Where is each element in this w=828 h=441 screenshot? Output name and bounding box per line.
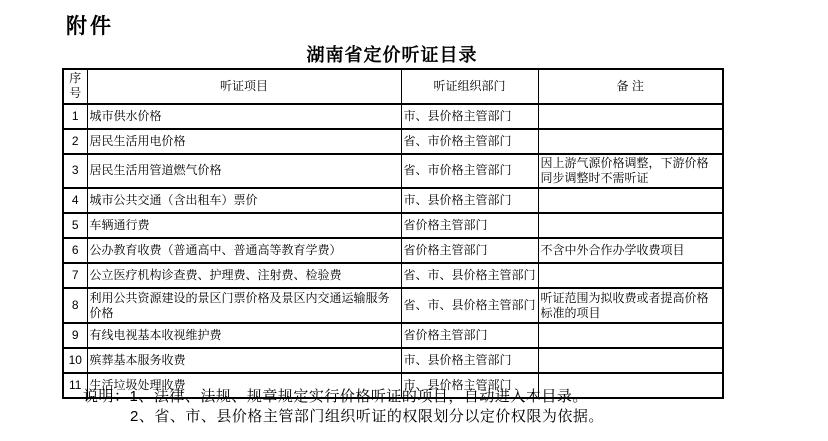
notes-section: 说明：1、法律、法规、规章规定实行价格听证的项目，自动进入本目录。 2、省、市、… xyxy=(83,387,604,427)
cell-remark xyxy=(538,263,723,288)
table-row: 7 公立医疗机构诊查费、护理费、注射费、检验费 省、市、县价格主管部门 xyxy=(63,263,723,288)
column-header-item: 听证项目 xyxy=(87,69,401,104)
column-header-org: 听证组织部门 xyxy=(401,69,538,104)
document-page: { "page": { "attachment_label": "附件", "t… xyxy=(0,0,828,441)
table-row: 3 居民生活用管道燃气价格 省、市价格主管部门 因上游气源价格调整，下游价格同步… xyxy=(63,154,723,189)
cell-org: 市、县价格主管部门 xyxy=(401,348,538,373)
cell-remark: 不含中外合作办学收费项目 xyxy=(538,238,723,263)
note-line-1: 说明：1、法律、法规、规章规定实行价格听证的项目，自动进入本目录。 xyxy=(83,387,604,407)
column-header-remark: 备 注 xyxy=(538,69,723,104)
cell-item: 有线电视基本收视维护费 xyxy=(87,323,401,348)
table-row: 9 有线电视基本收视维护费 省价格主管部门 xyxy=(63,323,723,348)
table-row: 2 居民生活用电价格 省、市价格主管部门 xyxy=(63,129,723,154)
cell-item: 公立医疗机构诊查费、护理费、注射费、检验费 xyxy=(87,263,401,288)
cell-org: 市、县价格主管部门 xyxy=(401,188,538,213)
cell-no: 8 xyxy=(63,288,87,323)
cell-item: 居民生活用管道燃气价格 xyxy=(87,154,401,189)
cell-remark xyxy=(538,188,723,213)
cell-item: 殡葬基本服务收费 xyxy=(87,348,401,373)
cell-no: 4 xyxy=(63,188,87,213)
cell-item: 公办教育收费（普通高中、普通高等教育学费） xyxy=(87,238,401,263)
table-header-row: 序号 听证项目 听证组织部门 备 注 xyxy=(63,69,723,104)
cell-no: 1 xyxy=(63,104,87,129)
cell-no: 2 xyxy=(63,129,87,154)
cell-org: 省、市价格主管部门 xyxy=(401,129,538,154)
cell-org: 省、市、县价格主管部门 xyxy=(401,263,538,288)
table-row: 5 车辆通行费 省价格主管部门 xyxy=(63,213,723,238)
cell-remark xyxy=(538,323,723,348)
cell-item: 车辆通行费 xyxy=(87,213,401,238)
cell-remark: 因上游气源价格调整，下游价格同步调整时不需听证 xyxy=(538,154,723,189)
attachment-label: 附件 xyxy=(66,10,114,40)
cell-org: 省价格主管部门 xyxy=(401,238,538,263)
cell-remark xyxy=(538,104,723,129)
cell-no: 3 xyxy=(63,154,87,189)
cell-remark xyxy=(538,348,723,373)
hearing-catalog-table: 序号 听证项目 听证组织部门 备 注 1 城市供水价格 市、县价格主管部门 2 … xyxy=(62,68,724,399)
cell-org: 省价格主管部门 xyxy=(401,323,538,348)
cell-no: 5 xyxy=(63,213,87,238)
table-row: 4 城市公共交通（含出租车）票价 市、县价格主管部门 xyxy=(63,188,723,213)
table-row: 1 城市供水价格 市、县价格主管部门 xyxy=(63,104,723,129)
note-line-2: 2、省、市、县价格主管部门组织听证的权限划分以定价权限为依据。 xyxy=(83,407,604,427)
cell-no: 6 xyxy=(63,238,87,263)
table-row: 8 利用公共资源建设的景区门票价格及景区内交通运输服务价格 省、市、县价格主管部… xyxy=(63,288,723,323)
cell-item: 城市公共交通（含出租车）票价 xyxy=(87,188,401,213)
cell-org: 省、市、县价格主管部门 xyxy=(401,288,538,323)
cell-item: 居民生活用电价格 xyxy=(87,129,401,154)
cell-no: 9 xyxy=(63,323,87,348)
cell-item: 城市供水价格 xyxy=(87,104,401,129)
table-row: 6 公办教育收费（普通高中、普通高等教育学费） 省价格主管部门 不含中外合作办学… xyxy=(63,238,723,263)
column-header-no: 序号 xyxy=(63,69,87,104)
cell-org: 省价格主管部门 xyxy=(401,213,538,238)
cell-org: 省、市价格主管部门 xyxy=(401,154,538,189)
table-row: 10 殡葬基本服务收费 市、县价格主管部门 xyxy=(63,348,723,373)
page-title: 湖南省定价听证目录 xyxy=(62,41,722,67)
cell-remark xyxy=(538,213,723,238)
cell-item: 利用公共资源建设的景区门票价格及景区内交通运输服务价格 xyxy=(87,288,401,323)
cell-org: 市、县价格主管部门 xyxy=(401,104,538,129)
cell-no: 7 xyxy=(63,263,87,288)
cell-remark xyxy=(538,129,723,154)
cell-no: 10 xyxy=(63,348,87,373)
cell-remark: 听证范围为拟收费或者提高价格标准的项目 xyxy=(538,288,723,323)
